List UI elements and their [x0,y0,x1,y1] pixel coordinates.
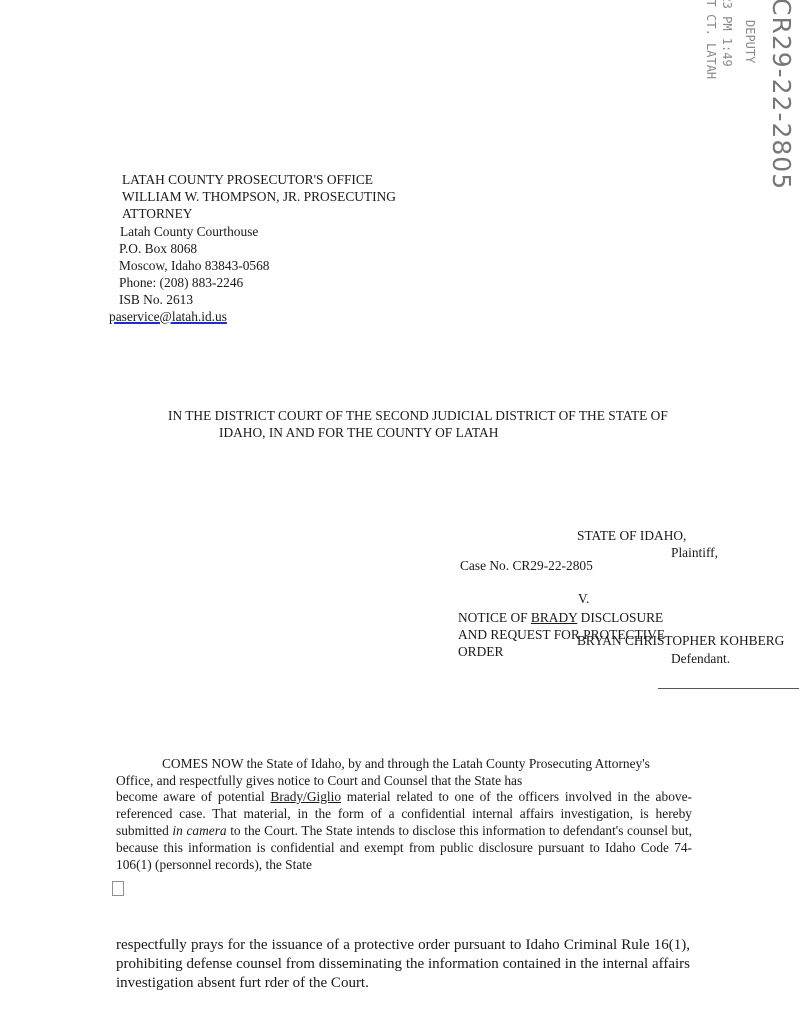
stamp-deputy: DEPUTY [743,20,757,63]
p3-pre: become aware of potential [116,789,270,804]
court-heading-line2: IDAHO, IN AND FOR THE COUNTY OF LATAH [219,424,498,441]
handwritten-case-number: CR29-22-2805 [767,0,796,190]
attorney-title: ATTORNEY [122,205,192,222]
phone: Phone: (208) 883-2246 [119,274,243,291]
building: Latah County Courthouse [120,223,258,240]
isb-number: ISB No. 2613 [119,291,193,308]
stamp-time: 2023 PM 1:49 [720,0,734,67]
case-number: Case No. CR29-22-2805 [460,557,593,574]
defendant-label: Defendant. [671,650,730,667]
body-paragraph: become aware of potential Brady/Giglio m… [116,789,692,874]
signature-line [658,688,799,689]
title-suffix: DISCLOSURE [577,610,663,625]
stamp-court: DIST CT. LATAH [704,0,718,79]
po-box: P.O. Box 8068 [119,240,197,257]
email-link[interactable]: paservice@latah.id.us [109,308,227,325]
defendant-name: BRYAN CHRISTOPHER KOHBERG [577,632,784,649]
document-title: NOTICE OF BRADY DISCLOSURE [458,609,663,626]
prayer-paragraph: respectfully prays for the issuance of a… [116,936,690,993]
title-brady: BRADY [531,610,577,625]
brady-giglio-term: Brady/Giglio [270,789,341,804]
prayer-text: respectfully prays for the issuance of a… [116,936,690,993]
attorney-name: WILLIAM W. THOMPSON, JR. PROSECUTING [122,188,396,205]
court-heading-line1: IN THE DISTRICT COURT OF THE SECOND JUDI… [168,407,668,424]
document-title-line3: ORDER [458,643,503,660]
plaintiff-label: Plaintiff, [671,544,718,561]
title-prefix: NOTICE OF [458,610,531,625]
body-line1: COMES NOW the State of Idaho, by and thr… [162,755,650,772]
city-address: Moscow, Idaho 83843-0568 [119,257,270,274]
checkbox[interactable] [112,881,124,896]
versus: V. [578,590,589,607]
in-camera-term: in camera [172,823,226,838]
body-line2: Office, and respectfully gives notice to… [116,772,522,789]
office-name: LATAH COUNTY PROSECUTOR'S OFFICE [122,171,373,188]
plaintiff-name: STATE OF IDAHO, [577,527,686,544]
